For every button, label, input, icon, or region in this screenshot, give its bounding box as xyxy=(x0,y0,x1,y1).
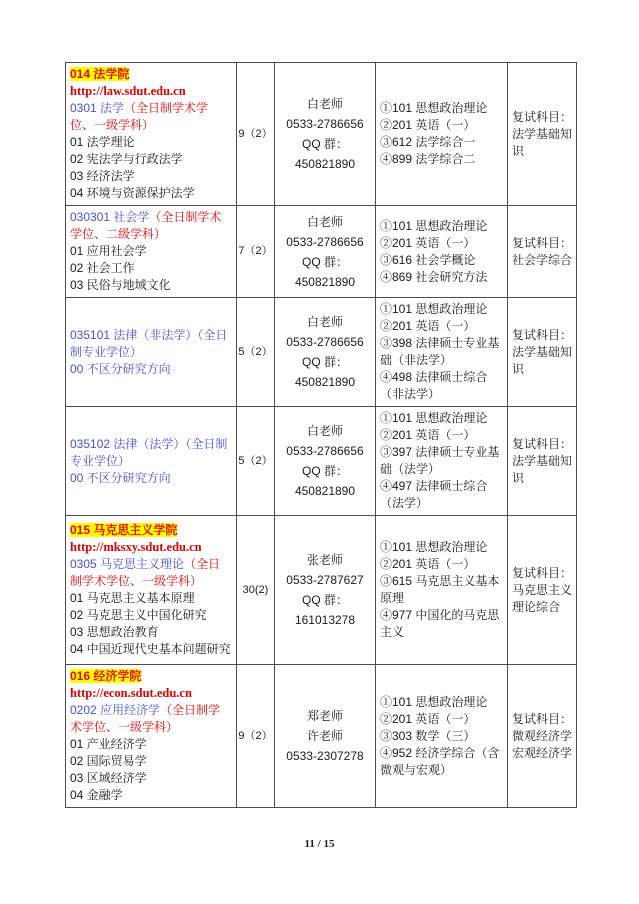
contact-line: QQ 群： xyxy=(276,352,374,372)
exam-subject: ④497 法律硕士综合（法学） xyxy=(380,478,503,512)
contact-line: 0533-2307278 xyxy=(276,746,374,766)
exam-subjects-cell: ①101 思想政治理论②201 英语（一）③303 数学（三）④952 经济学综… xyxy=(376,665,508,808)
direction-item: 02 马克思主义中国化研究 xyxy=(70,608,207,622)
exam-subject: ②201 英语（一） xyxy=(380,711,503,728)
contact-line: 0533-2787627 xyxy=(276,570,374,590)
retest-line: 复试科目： xyxy=(512,327,572,344)
department-header: 015 马克思主义学院 xyxy=(70,523,177,537)
direction-item: 03 区域经济学 xyxy=(70,771,147,785)
contact-line: 450821890 xyxy=(276,372,374,392)
retest-line: 法学基础知识 xyxy=(512,453,572,487)
exam-subject: ④899 法学综合二 xyxy=(380,151,503,168)
contact-line: QQ 群： xyxy=(276,134,374,154)
exam-subject: ①101 思想政治理论 xyxy=(380,218,503,235)
program-line: 04 中国近现代史基本问题研究 xyxy=(70,641,232,658)
exam-subjects-cell: ①101 思想政治理论②201 英语（一）③398 法律硕士专业基础（非法学）④… xyxy=(376,298,508,407)
contact-line: 白老师 xyxy=(276,312,374,332)
exam-subject: ②201 英语（一） xyxy=(380,318,503,335)
program-line: 03 思想政治教育 xyxy=(70,624,232,641)
exam-subject: ①101 思想政治理论 xyxy=(380,410,503,427)
contact-cell: 白老师0533-2786656QQ 群：450821890 xyxy=(275,206,376,298)
retest-cell: 复试科目：微观经济学宏观经济学 xyxy=(508,665,577,808)
program-line: 015 马克思主义学院 xyxy=(70,522,232,539)
table-row: 035101 法律（非法学）（全日制专业学位）00 不区分研究方向5（2）白老师… xyxy=(66,298,577,407)
retest-line: 复试科目： xyxy=(512,711,572,728)
program-title: 035101 法律（非法学）（全日制专业学位） xyxy=(70,328,227,359)
retest-line: 法学基础知识 xyxy=(512,344,572,378)
program-line: 03 区域经济学 xyxy=(70,770,232,787)
program-title: 0301 法学 xyxy=(70,101,124,115)
exam-subject: ③616 社会学概论 xyxy=(380,252,503,269)
exam-subject: ③615 马克思主义基本原理 xyxy=(380,573,503,607)
exam-subject: ③398 法律硕士专业基础（非法学） xyxy=(380,335,503,369)
retest-line: 复试科目： xyxy=(512,436,572,453)
retest-line: 宏观经济学 xyxy=(512,745,572,762)
direction-item: 03 经济法学 xyxy=(70,169,135,183)
retest-line: 社会学综合 xyxy=(512,252,572,269)
contact-line: 张老师 xyxy=(276,550,374,570)
program-line: 04 金融学 xyxy=(70,787,232,804)
direction-item: 02 宪法学与行政法学 xyxy=(70,152,183,166)
program-line: 03 经济法学 xyxy=(70,168,232,185)
table-row: 015 马克思主义学院http://mksxy.sdut.edu.cn0305 … xyxy=(66,516,577,665)
program-title: 035102 法律（法学）（全日制专业学位） xyxy=(70,437,227,468)
program-cell: 016 经济学院http://econ.sdut.edu.cn0202 应用经济… xyxy=(66,665,237,808)
exam-subject: ④977 中国化的马克思主义 xyxy=(380,607,503,641)
retest-cell: 复试科目：社会学综合 xyxy=(508,206,577,298)
department-header: 016 经济学院 xyxy=(70,669,141,683)
contact-line: 许老师 xyxy=(276,726,374,746)
retest-cell: 复试科目：马克思主义理论综合 xyxy=(508,516,577,665)
program-title: 0305 马克思主义理论 xyxy=(70,557,184,571)
program-line: 02 宪法学与行政法学 xyxy=(70,151,232,168)
program-line: 01 应用社会学 xyxy=(70,243,232,260)
retest-line: 复试科目： xyxy=(512,565,572,582)
admissions-table: 014 法学院http://law.sdut.edu.cn0301 法学（全日制… xyxy=(65,62,577,808)
program-title: 030301 社会学 xyxy=(70,210,149,224)
program-title: 00 不区分研究方向 xyxy=(70,362,171,376)
program-line: 02 社会工作 xyxy=(70,260,232,277)
exam-subject: ③397 法律硕士专业基础（法学） xyxy=(380,444,503,478)
direction-item: 03 思想政治教育 xyxy=(70,625,159,639)
program-line: 0301 法学（全日制学术学位、一级学科） xyxy=(70,100,232,134)
exam-subject: ④952 经济学综合（含微观与宏观） xyxy=(380,745,503,779)
contact-line: 450821890 xyxy=(276,272,374,292)
program-line: 0202 应用经济学（全日制学术学位、一级学科） xyxy=(70,702,232,736)
exam-subject: ①101 思想政治理论 xyxy=(380,100,503,117)
contact-cell: 白老师0533-2786656QQ 群：450821890 xyxy=(275,407,376,516)
program-line: 0305 马克思主义理论（全日制学术学位、一级学科） xyxy=(70,556,232,590)
exam-subjects-cell: ①101 思想政治理论②201 英语（一）③612 法学综合一④899 法学综合… xyxy=(376,63,508,206)
department-url-link[interactable]: http://econ.sdut.edu.cn xyxy=(70,686,192,700)
exam-subject: ③303 数学（三） xyxy=(380,728,503,745)
program-line: 02 马克思主义中国化研究 xyxy=(70,607,232,624)
exam-subject: ④869 社会研究方法 xyxy=(380,269,503,286)
program-line: 03 民俗与地域文化 xyxy=(70,277,232,294)
retest-line: 复试科目： xyxy=(512,235,572,252)
exam-subject: ②201 英语（一） xyxy=(380,235,503,252)
program-line: 00 不区分研究方向 xyxy=(70,470,232,487)
contact-line: QQ 群： xyxy=(276,252,374,272)
program-cell: 015 马克思主义学院http://mksxy.sdut.edu.cn0305 … xyxy=(66,516,237,665)
quota-cell: 9（2） xyxy=(237,63,275,206)
direction-item: 04 环境与资源保护法学 xyxy=(70,186,195,200)
document-page: 014 法学院http://law.sdut.edu.cn0301 法学（全日制… xyxy=(0,0,639,904)
program-cell: 014 法学院http://law.sdut.edu.cn0301 法学（全日制… xyxy=(66,63,237,206)
program-line: 035102 法律（法学）（全日制专业学位） xyxy=(70,436,232,470)
contact-line: 0533-2786656 xyxy=(276,332,374,352)
program-line: 030301 社会学（全日制学术学位、二级学科） xyxy=(70,209,232,243)
table-row: 030301 社会学（全日制学术学位、二级学科）01 应用社会学02 社会工作0… xyxy=(66,206,577,298)
exam-subject: ④498 法律硕士综合（非法学） xyxy=(380,369,503,403)
admissions-table-body: 014 法学院http://law.sdut.edu.cn0301 法学（全日制… xyxy=(66,63,577,808)
quota-cell: 7（2） xyxy=(237,206,275,298)
program-line: 02 国际贸易学 xyxy=(70,753,232,770)
contact-line: 白老师 xyxy=(276,94,374,114)
exam-subjects-cell: ①101 思想政治理论②201 英语（一）③616 社会学概论④869 社会研究… xyxy=(376,206,508,298)
direction-item: 01 马克思主义基本原理 xyxy=(70,591,195,605)
program-line: 035101 法律（非法学）（全日制专业学位） xyxy=(70,327,232,361)
program-line: 014 法学院 xyxy=(70,66,232,83)
program-line: 00 不区分研究方向 xyxy=(70,361,232,378)
retest-line: 法学基础知识 xyxy=(512,126,572,160)
contact-cell: 张老师0533-2787627QQ 群：161013278 xyxy=(275,516,376,665)
direction-item: 04 中国近现代史基本问题研究 xyxy=(70,642,231,656)
department-url-link[interactable]: http://mksxy.sdut.edu.cn xyxy=(70,540,202,554)
program-cell: 030301 社会学（全日制学术学位、二级学科）01 应用社会学02 社会工作0… xyxy=(66,206,237,298)
contact-line: QQ 群： xyxy=(276,461,374,481)
program-title: 00 不区分研究方向 xyxy=(70,471,171,485)
program-line: 01 法学理论 xyxy=(70,134,232,151)
direction-item: 02 国际贸易学 xyxy=(70,754,147,768)
contact-line: 0533-2786656 xyxy=(276,232,374,252)
contact-cell: 郑老师许老师0533-2307278 xyxy=(275,665,376,808)
program-line: http://econ.sdut.edu.cn xyxy=(70,685,232,702)
retest-cell: 复试科目：法学基础知识 xyxy=(508,407,577,516)
exam-subject: ②201 英语（一） xyxy=(380,117,503,134)
table-row: 016 经济学院http://econ.sdut.edu.cn0202 应用经济… xyxy=(66,665,577,808)
program-cell: 035102 法律（法学）（全日制专业学位）00 不区分研究方向 xyxy=(66,407,237,516)
quota-cell: 5（2） xyxy=(237,298,275,407)
exam-subject: ①101 思想政治理论 xyxy=(380,301,503,318)
retest-line: 微观经济学 xyxy=(512,728,572,745)
retest-line: 马克思主义理论综合 xyxy=(512,582,572,616)
exam-subjects-cell: ①101 思想政治理论②201 英语（一）③397 法律硕士专业基础（法学）④4… xyxy=(376,407,508,516)
direction-item: 01 产业经济学 xyxy=(70,737,147,751)
table-row: 035102 法律（法学）（全日制专业学位）00 不区分研究方向5（2）白老师0… xyxy=(66,407,577,516)
page-number: 11 / 15 xyxy=(0,838,639,850)
program-line: 01 马克思主义基本原理 xyxy=(70,590,232,607)
program-cell: 035101 法律（非法学）（全日制专业学位）00 不区分研究方向 xyxy=(66,298,237,407)
contact-cell: 白老师0533-2786656QQ 群：450821890 xyxy=(275,298,376,407)
program-line: http://law.sdut.edu.cn xyxy=(70,83,232,100)
contact-line: 161013278 xyxy=(276,610,374,630)
contact-line: 白老师 xyxy=(276,212,374,232)
quota-cell: 5（2） xyxy=(237,407,275,516)
direction-item: 02 社会工作 xyxy=(70,261,135,275)
contact-line: QQ 群： xyxy=(276,590,374,610)
retest-cell: 复试科目：法学基础知识 xyxy=(508,298,577,407)
exam-subject: ①101 思想政治理论 xyxy=(380,539,503,556)
quota-cell: 30(2) xyxy=(237,516,275,665)
quota-cell: 9（2） xyxy=(237,665,275,808)
program-line: http://mksxy.sdut.edu.cn xyxy=(70,539,232,556)
exam-subject: ②201 英语（一） xyxy=(380,556,503,573)
contact-line: 0533-2786656 xyxy=(276,114,374,134)
exam-subject: ①101 思想政治理论 xyxy=(380,694,503,711)
contact-line: 0533-2786656 xyxy=(276,441,374,461)
program-line: 04 环境与资源保护法学 xyxy=(70,185,232,202)
department-url-link[interactable]: http://law.sdut.edu.cn xyxy=(70,84,186,98)
contact-line: 450821890 xyxy=(276,481,374,501)
contact-line: 450821890 xyxy=(276,154,374,174)
contact-line: 郑老师 xyxy=(276,706,374,726)
direction-item: 04 金融学 xyxy=(70,788,123,802)
retest-cell: 复试科目：法学基础知识 xyxy=(508,63,577,206)
department-header: 014 法学院 xyxy=(70,67,129,81)
table-row: 014 法学院http://law.sdut.edu.cn0301 法学（全日制… xyxy=(66,63,577,206)
program-line: 01 产业经济学 xyxy=(70,736,232,753)
direction-item: 03 民俗与地域文化 xyxy=(70,278,171,292)
exam-subject: ②201 英语（一） xyxy=(380,427,503,444)
direction-item: 01 应用社会学 xyxy=(70,244,147,258)
exam-subject: ③612 法学综合一 xyxy=(380,134,503,151)
exam-subjects-cell: ①101 思想政治理论②201 英语（一）③615 马克思主义基本原理④977 … xyxy=(376,516,508,665)
direction-item: 01 法学理论 xyxy=(70,135,135,149)
retest-line: 复试科目： xyxy=(512,109,572,126)
contact-line: 白老师 xyxy=(276,421,374,441)
contact-cell: 白老师0533-2786656QQ 群：450821890 xyxy=(275,63,376,206)
program-line: 016 经济学院 xyxy=(70,668,232,685)
program-title: 0202 应用经济学 xyxy=(70,703,160,717)
